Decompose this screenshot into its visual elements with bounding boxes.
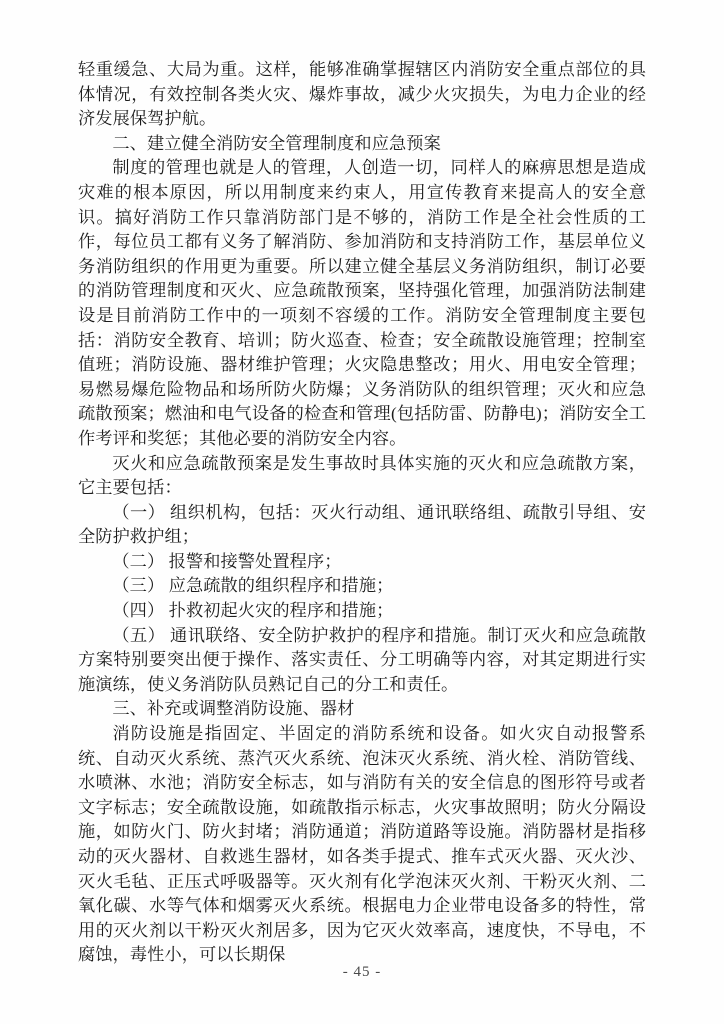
list-item-5: （五） 通讯联络、安全防护救护的程序和措施。制订灭火和应急疏散方案特别要突出便于… <box>78 624 646 698</box>
paragraph: 消防设施是指固定、半固定的消防系统和设备。如火灾自动报警系统、自动灭火系统、蒸汽… <box>78 722 646 968</box>
page-footer: - 45 - <box>0 964 724 981</box>
document-body: 轻重缓急、大局为重。这样，能够准确掌握辖区内消防安全重点部位的具体情况，有效控制… <box>78 58 646 968</box>
paragraph: 灭火和应急疏散预案是发生事故时具体实施的灭火和应急疏散方案，它主要包括： <box>78 452 646 501</box>
paragraph-continuation: 轻重缓急、大局为重。这样，能够准确掌握辖区内消防安全重点部位的具体情况，有效控制… <box>78 58 646 132</box>
section-heading-2: 二、建立健全消防安全管理制度和应急预案 <box>78 132 646 157</box>
page-number: - 45 - <box>343 964 382 980</box>
list-item-1: （一） 组织机构，包括：灭火行动组、通讯联络组、疏散引导组、安全防护救护组； <box>78 501 646 550</box>
list-item-3: （三） 应急疏散的组织程序和措施； <box>78 574 646 599</box>
list-item-4: （四） 扑救初起火灾的程序和措施； <box>78 599 646 624</box>
list-item-2: （二） 报警和接警处置程序； <box>78 550 646 575</box>
section-heading-3: 三、补充或调整消防设施、器材 <box>78 697 646 722</box>
document-page: 轻重缓急、大局为重。这样，能够准确掌握辖区内消防安全重点部位的具体情况，有效控制… <box>0 0 724 1024</box>
paragraph: 制度的管理也就是人的管理，人创造一切，同样人的麻痹思想是造成灾难的根本原因，所以… <box>78 156 646 451</box>
